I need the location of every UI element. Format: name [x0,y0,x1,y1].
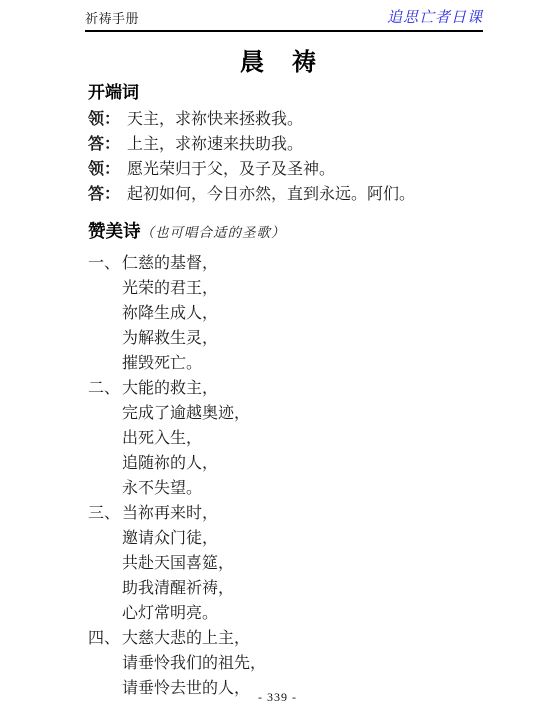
verse-line: 光荣的君王， [122,276,483,301]
verse-line: 祢降生成人， [122,301,483,326]
dialog-role-label: 答： [88,186,120,203]
verse-line: 追随祢的人， [122,451,483,476]
header-section-title: 追思亡者日课 [387,6,483,27]
dialog-role-label: 领： [88,111,120,128]
verse-line: 摧毁死亡。 [122,351,483,376]
verse-line: 心灯常明亮。 [122,601,483,626]
verse-line: 出死入生， [122,426,483,451]
verse-3: 三、 当祢再来时， 邀请众门徒， 共赴天国喜筵， 助我清醒祈祷， 心灯常明亮。 [88,501,483,626]
hymn-heading: 赞美诗（也可唱合适的圣歌） [88,219,483,245]
header-booklet-title: 祈祷手册 [85,8,139,27]
dialog-line: 答：起初如何，今日亦然，直到永远。阿们。 [88,182,483,207]
dialog-role-label: 答： [88,136,120,153]
dialog-text: 起初如何，今日亦然，直到永远。阿们。 [127,186,415,203]
dialog-text: 上主，求祢速来扶助我。 [127,136,303,153]
verse-line: 共赴天国喜筵， [122,551,483,576]
verse-line: 永不失望。 [122,476,483,501]
verse-lines: 当祢再来时， 邀请众门徒， 共赴天国喜筵， 助我清醒祈祷， 心灯常明亮。 [122,501,483,626]
verse-2: 二、 大能的救主， 完成了逾越奥迹， 出死入生， 追随祢的人， 永不失望。 [88,376,483,501]
dialog-text: 天主，求祢快来拯救我。 [127,111,303,128]
dialog-line: 答：上主，求祢速来扶助我。 [88,132,483,157]
verse-line: 仁慈的基督， [122,251,483,276]
body-column: 开端词 领：天主，求祢快来拯救我。 答：上主，求祢速来扶助我。 领：愿光荣归于父… [88,82,483,701]
hymn-verses: 一、 仁慈的基督， 光荣的君王， 祢降生成人， 为解救生灵， 摧毁死亡。 二、 … [88,251,483,701]
dialog-line: 领：天主，求祢快来拯救我。 [88,107,483,132]
verse-line: 完成了逾越奥迹， [122,401,483,426]
page-title: 晨 祷 [88,42,470,77]
verse-number: 三、 [88,501,122,526]
opening-heading: 开端词 [88,82,483,104]
page-number: - 339 - [0,690,555,705]
verse-line: 请垂怜我们的祖先， [122,651,483,676]
verse-number: 一、 [88,251,122,276]
opening-dialog: 领：天主，求祢快来拯救我。 答：上主，求祢速来扶助我。 领：愿光荣归于父，及子及… [88,107,483,207]
verse-lines: 仁慈的基督， 光荣的君王， 祢降生成人， 为解救生灵， 摧毁死亡。 [122,251,483,376]
dialog-role-label: 领： [88,161,120,178]
verse-line: 助我清醒祈祷， [122,576,483,601]
verse-lines: 大能的救主， 完成了逾越奥迹， 出死入生， 追随祢的人， 永不失望。 [122,376,483,501]
verse-line: 为解救生灵， [122,326,483,351]
verse-line: 大能的救主， [122,376,483,401]
verse-line: 邀请众门徒， [122,526,483,551]
hymn-heading-note: （也可唱合适的圣歌） [141,225,286,240]
verse-1: 一、 仁慈的基督， 光荣的君王， 祢降生成人， 为解救生灵， 摧毁死亡。 [88,251,483,376]
verse-line: 当祢再来时， [122,501,483,526]
dialog-text: 愿光荣归于父，及子及圣神。 [127,161,335,178]
verse-line: 大慈大悲的上主， [122,626,483,651]
hymn-heading-title: 赞美诗 [88,221,141,241]
running-header: 祈祷手册 追思亡者日课 [85,6,483,32]
document-page: 祈祷手册 追思亡者日课 晨 祷 开端词 领：天主，求祢快来拯救我。 答：上主，求… [0,0,555,714]
verse-number: 二、 [88,376,122,401]
dialog-line: 领：愿光荣归于父，及子及圣神。 [88,157,483,182]
verse-number: 四、 [88,626,122,651]
